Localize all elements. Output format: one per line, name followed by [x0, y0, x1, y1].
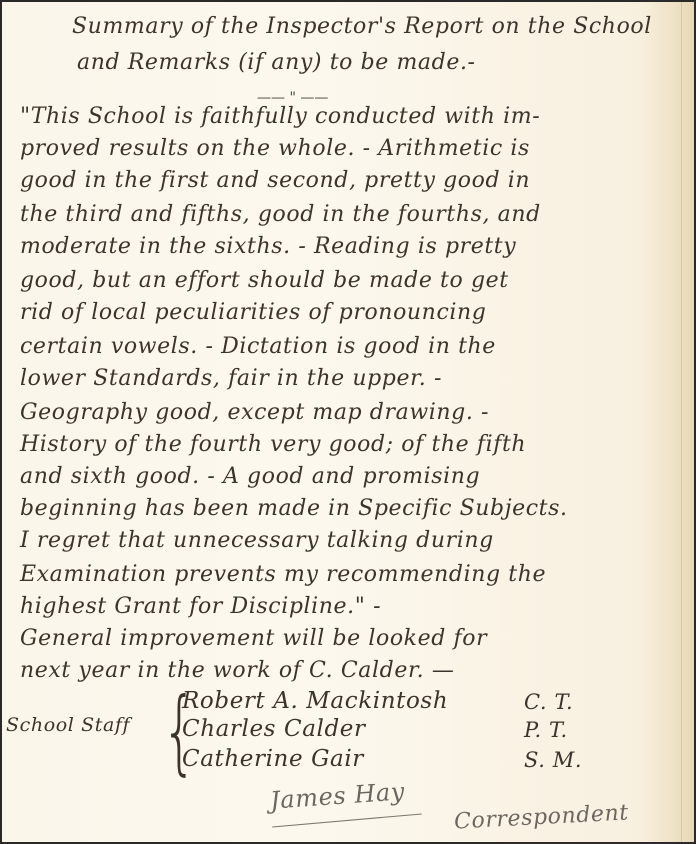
report-line: proved results on the whole. - Arithmeti…	[20, 136, 530, 161]
report-line: beginning has been made in Specific Subj…	[20, 496, 568, 521]
report-line: Geography good, except map drawing. -	[20, 400, 489, 425]
staff-role: P. T.	[524, 718, 568, 742]
signature-underline	[272, 813, 422, 827]
report-line: good, but an effort should be made to ge…	[20, 268, 509, 293]
report-line: Examination prevents my recommending the	[20, 562, 546, 587]
logbook-page: Summary of the Inspector's Report on the…	[0, 0, 696, 844]
report-line: certain vowels. - Dictation is good in t…	[20, 334, 496, 359]
staff-role: S. M.	[524, 748, 582, 772]
staff-name: Charles Calder	[182, 716, 366, 742]
page-edge	[681, 2, 682, 842]
report-line: highest Grant for Discipline." -	[20, 594, 381, 619]
report-line: rid of local peculiarities of pronouncin…	[20, 300, 486, 325]
report-line: and sixth good. - A good and promising	[20, 464, 480, 489]
report-line: History of the fourth very good; of the …	[20, 432, 526, 457]
report-line: the third and fifths, good in the fourth…	[20, 202, 541, 227]
staff-role: C. T.	[524, 690, 573, 714]
heading-line-1: Summary of the Inspector's Report on the…	[72, 14, 652, 39]
report-line: I regret that unnecessary talking during	[20, 528, 494, 553]
report-line: good in the first and second, pretty goo…	[20, 168, 530, 193]
report-line: next year in the work of C. Calder. —	[20, 658, 454, 683]
report-line: General improvement will be looked for	[20, 626, 487, 651]
signature-title: Correspondent	[453, 800, 629, 834]
report-line: moderate in the sixths. - Reading is pre…	[20, 234, 516, 259]
report-line: "This School is faithfully conducted wit…	[20, 104, 540, 129]
staff-name: Robert A. Mackintosh	[182, 688, 448, 714]
report-line: lower Standards, fair in the upper. -	[20, 366, 442, 391]
heading-line-2: and Remarks (if any) to be made.-	[77, 50, 476, 75]
staff-name: Catherine Gair	[182, 746, 364, 772]
signature: James Hay	[269, 777, 406, 814]
staff-label: School Staff	[6, 714, 130, 736]
